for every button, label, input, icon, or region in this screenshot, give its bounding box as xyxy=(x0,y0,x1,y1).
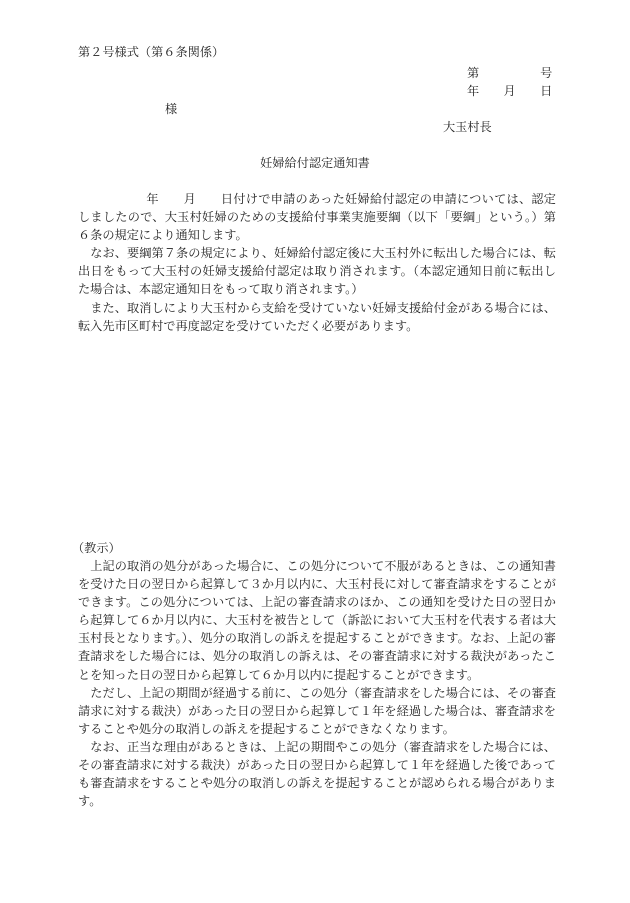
instruction-paragraph-1: 上記の取消の処分があった場合に、この処分について不服があるときは、この通知書を受… xyxy=(78,557,556,684)
issue-date-field: 年 月 日 xyxy=(467,82,552,100)
body-paragraph-2: なお、要綱第７条の規定により、妊婦給付認定後に大玉村外に転出した場合には、転出日… xyxy=(78,244,556,298)
notice-body: 年 月 日付けで申請のあった妊婦給付認定の申請については、認定しましたので、大玉… xyxy=(78,190,556,335)
instruction-body: 上記の取消の処分があった場合に、この処分について不服があるときは、この通知書を受… xyxy=(78,557,556,810)
instruction-paragraph-3: なお、正当な理由があるときは、上記の期間やこの処分（審査請求をした場合には、その… xyxy=(78,738,556,810)
body-paragraph-3: また、取消しにより大玉村から支給を受けていない妊婦支援給付金がある場合には、転入… xyxy=(78,299,556,335)
body-paragraph-1: 年 月 日付けで申請のあった妊婦給付認定の申請については、認定しましたので、大玉… xyxy=(78,190,556,244)
issuer-name: 大玉村長 xyxy=(443,118,492,136)
addressee-suffix: 様 xyxy=(165,100,177,118)
instruction-heading: （教示） xyxy=(72,539,121,557)
instruction-paragraph-2: ただし、上記の期間が経過する前に、この処分（審査請求をした場合には、その審査請求… xyxy=(78,684,556,738)
document-title: 妊婦給付認定通知書 xyxy=(0,154,630,172)
form-number-label: 第２号様式（第６条関係） xyxy=(78,43,224,61)
document-number-field: 第 号 xyxy=(467,64,552,82)
